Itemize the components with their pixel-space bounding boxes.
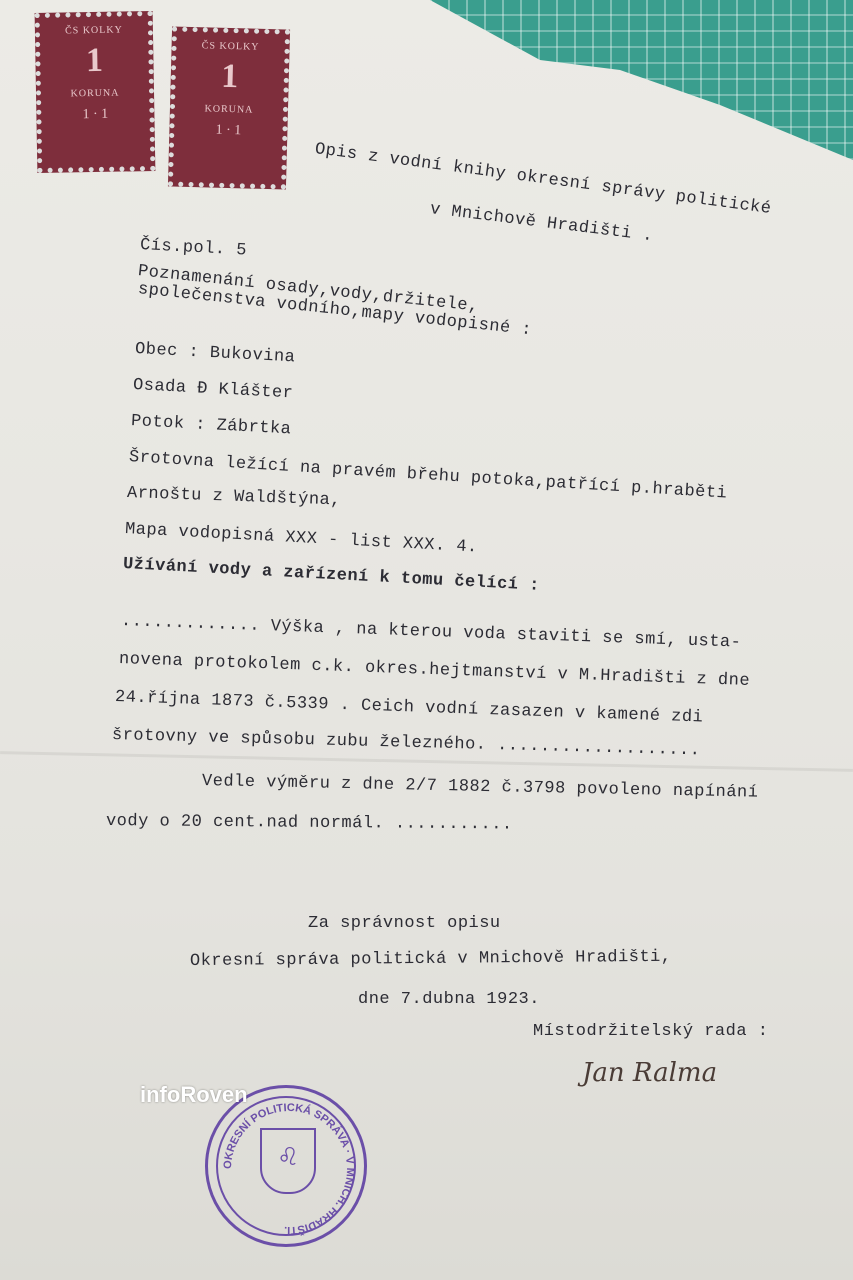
vody: vody o 20 cent.nad normál. ........... <box>106 812 513 835</box>
official-seal: OKRESNÍ POLITICKÁ SPRÁVA · V MNICH. HRAD… <box>205 1085 367 1247</box>
lion-emblem-icon: ♌ <box>260 1128 316 1194</box>
watermark: infoRoven <box>140 1082 248 1108</box>
revenue-stamp-1: ČS KOLKY 1 KORUNA 1 · 1 <box>35 11 156 173</box>
signature: Jan Ralma <box>582 1058 717 1088</box>
revenue-stamp-2: ČS KOLKY 1 KORUNA 1 · 1 <box>168 26 290 189</box>
mistodrzitelsky-rada: Místodržitelský rada : <box>533 1022 768 1041</box>
za-spravnost: Za správnost opisu <box>308 914 501 933</box>
datum: dne 7.dubna 1923. <box>358 990 540 1009</box>
